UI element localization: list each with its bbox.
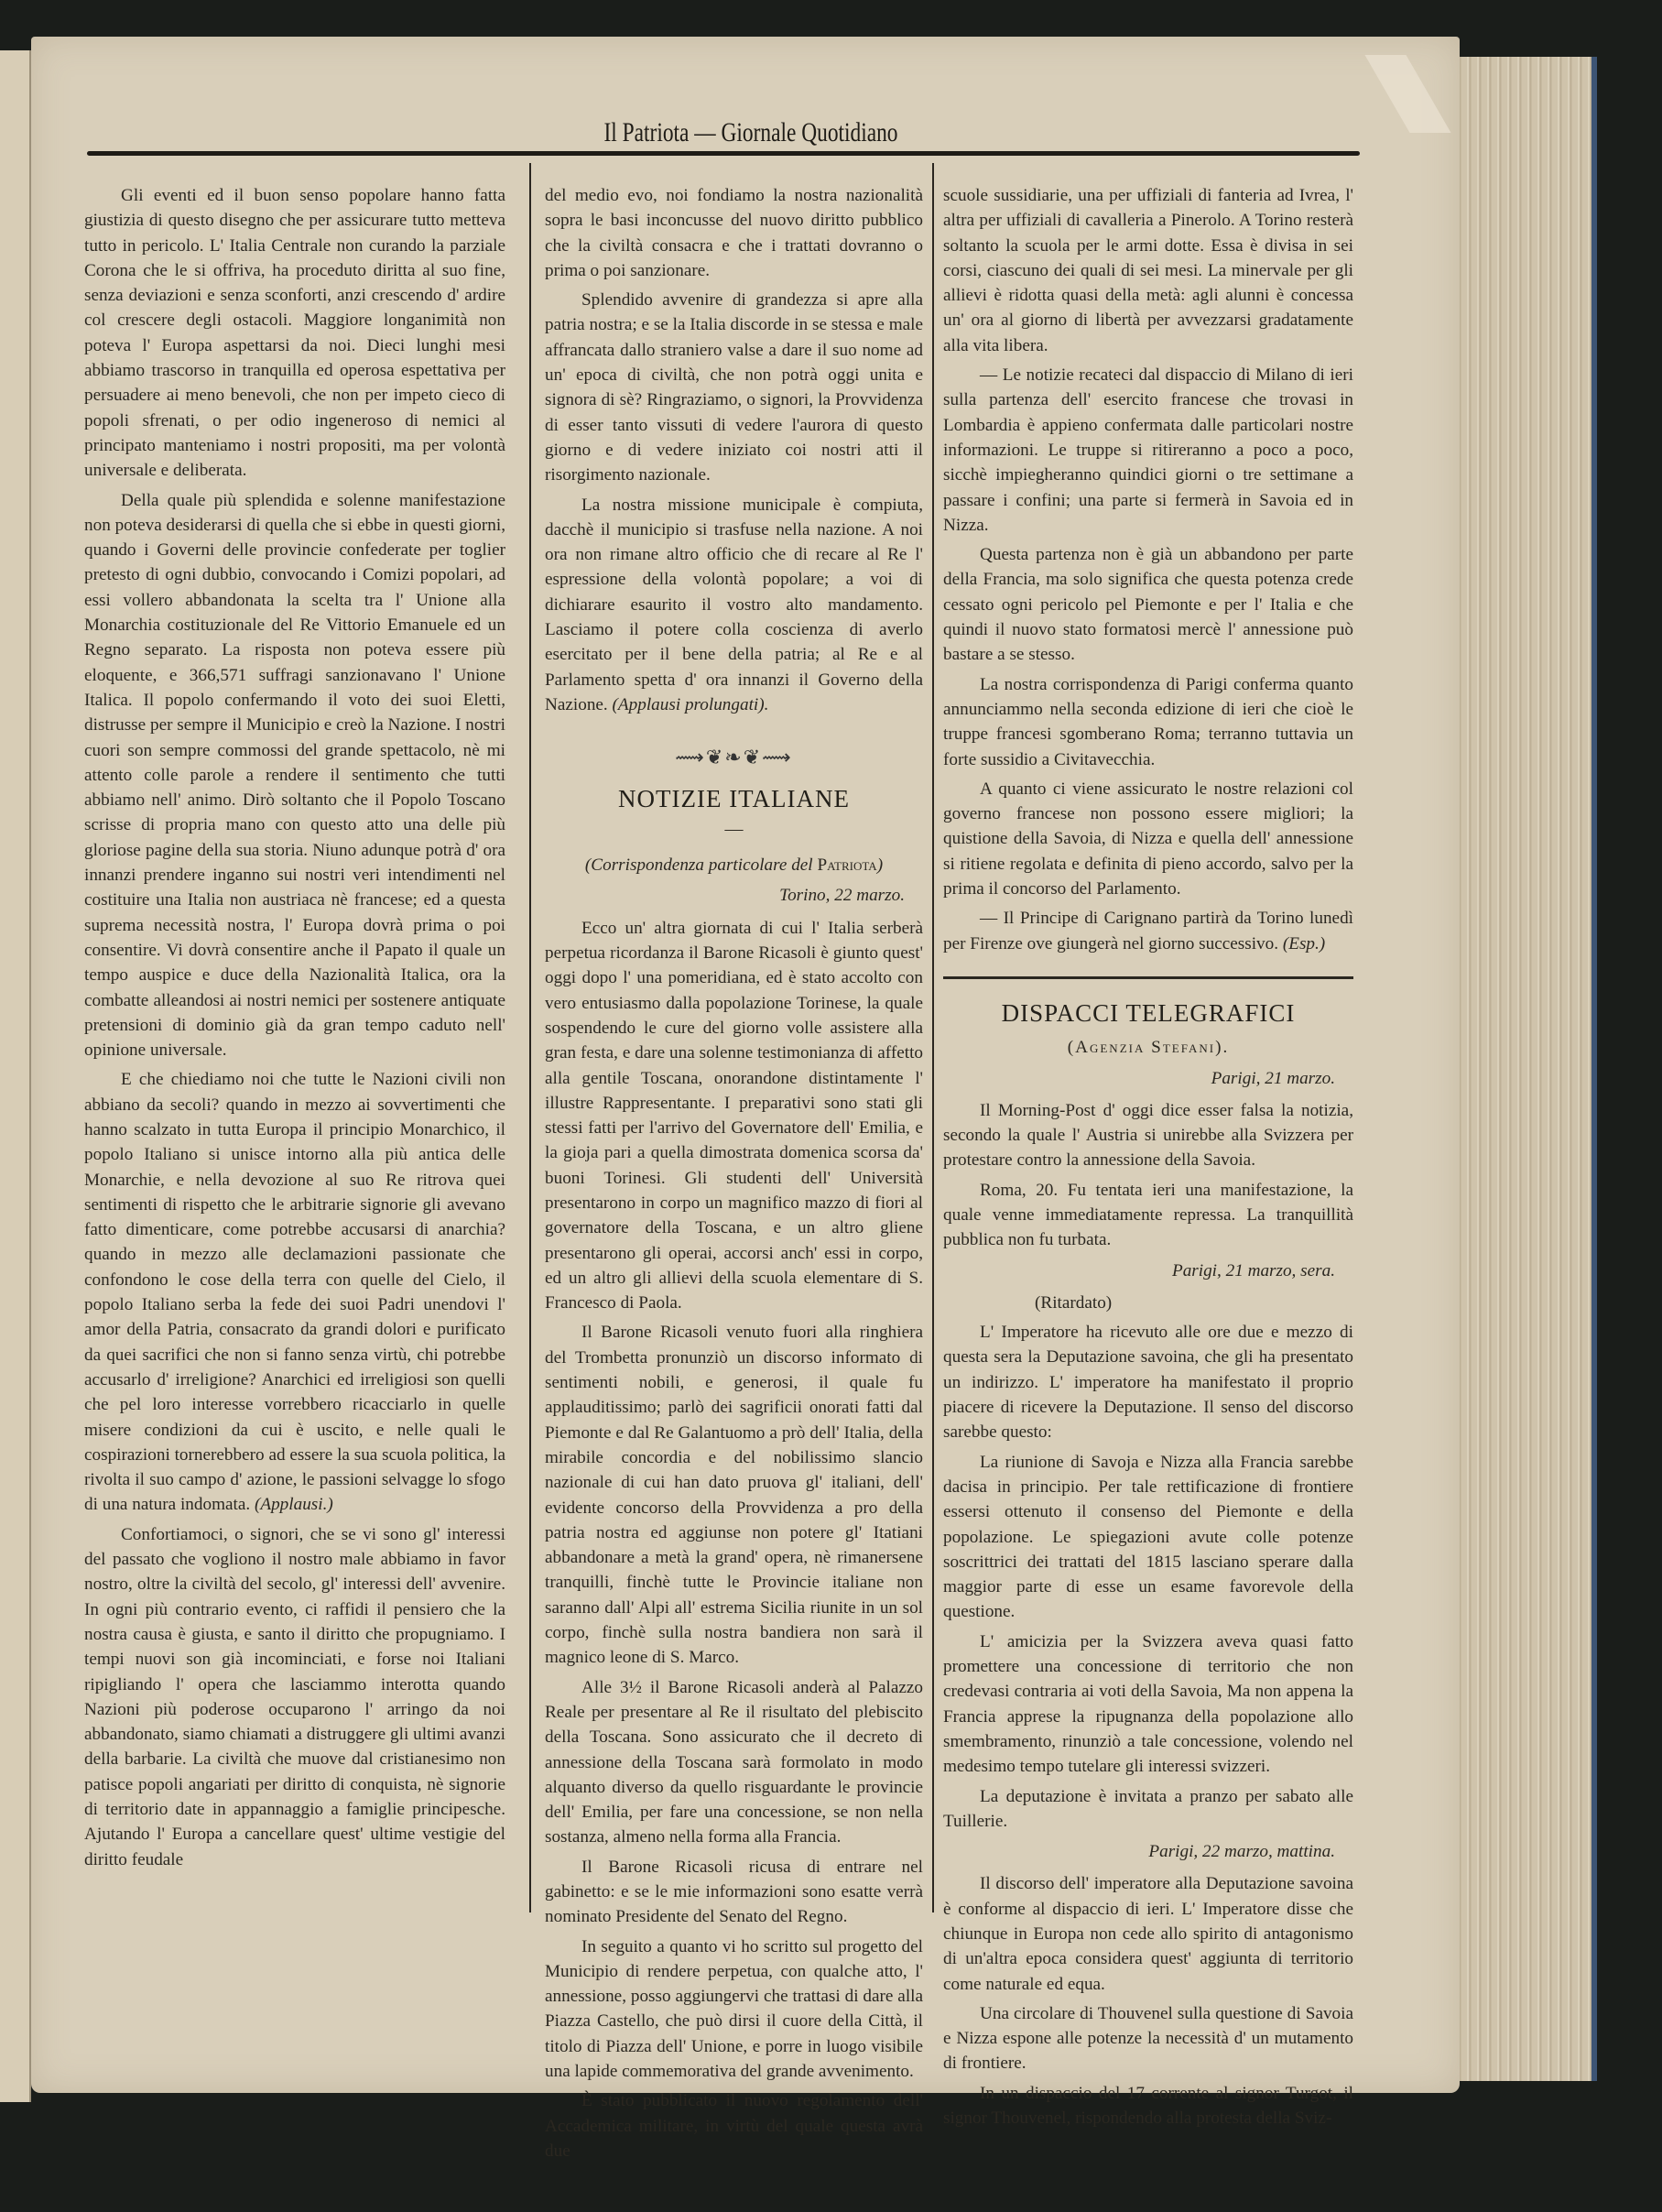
dateline: Parigi, 21 marzo, sera. — [943, 1259, 1335, 1283]
delayed-note: (Ritardato) — [943, 1291, 1353, 1315]
paragraph: Confortiamoci, o signori, che se vi sono… — [84, 1522, 505, 1872]
source-note: (Esp.) — [1283, 934, 1325, 953]
section-rule — [943, 976, 1353, 979]
paragraph: Splendido avvenire di grandezza si apre … — [545, 288, 923, 487]
paragraph: Il Barone Ricasoli venuto fuori alla rin… — [545, 1320, 923, 1670]
paragraph: Alle 3½ il Barone Ricasoli anderà al Pal… — [545, 1675, 923, 1850]
paragraph: Roma, 20. Fu tentata ieri una manifestaz… — [943, 1178, 1353, 1253]
paragraph: La nostra corrispondenza di Parigi confe… — [943, 672, 1353, 772]
header-rule — [87, 151, 1360, 156]
paragraph: Questa partenza non è già un abbandono p… — [943, 542, 1353, 667]
paragraph: La nostra missione municipale è compiuta… — [545, 493, 923, 718]
paragraph: scuole sussidiarie, una per uffiziali di… — [943, 183, 1353, 358]
column-divider-2 — [932, 163, 934, 1912]
paragraph: Il discorso dell' imperatore alla Deputa… — [943, 1871, 1353, 1996]
column-1: Gli eventi ed il buon senso popolare han… — [84, 183, 505, 1877]
paragraph: Il Barone Ricasoli ricusa di entrare nel… — [545, 1855, 923, 1930]
paragraph: La riunione di Savoja e Nizza alla Franc… — [943, 1450, 1353, 1625]
paragraph: Ecco un' altra giornata di cui l' Italia… — [545, 916, 923, 1316]
paragraph: La deputazione è invitata a pranzo per s… — [943, 1784, 1353, 1835]
paragraph: — Il Principe di Carignano partirà da To… — [943, 906, 1353, 956]
paragraph: In seguito a quanto vi ho scritto sul pr… — [545, 1934, 923, 2085]
paragraph: L' amicizia per la Svizzera aveva quasi … — [943, 1629, 1353, 1780]
paragraph: Gli eventi ed il buon senso popolare han… — [84, 183, 505, 484]
running-header: Il Patriota — Giornale Quotidiano — [565, 117, 937, 148]
ornament-divider: ⟿❦❧❦⟿ — [545, 745, 923, 769]
paragraph: — Le notizie recateci dal dispaccio di M… — [943, 363, 1353, 538]
dateline: Torino, 22 marzo. — [545, 883, 905, 908]
title-dash: — — [545, 817, 923, 842]
paragraph: E che chiediamo noi che tutte le Nazioni… — [84, 1067, 505, 1517]
dateline: Parigi, 22 marzo, mattina. — [943, 1839, 1335, 1864]
paragraph: Il Morning-Post d' oggi dice esser falsa… — [943, 1098, 1353, 1173]
column-3: scuole sussidiarie, una per uffiziali di… — [943, 183, 1353, 2135]
facing-page-edge — [0, 50, 31, 2102]
section-title-notizie-italiane: NOTIZIE ITALIANE — [545, 787, 923, 812]
paragraph: L' Imperatore ha ricevuto alle ore due e… — [943, 1320, 1353, 1444]
paragraph: A quanto ci viene assicurato le nostre r… — [943, 777, 1353, 901]
correspondence-byline: (Corrispondenza particolare del Patriota… — [545, 853, 923, 877]
applause-note: (Applausi prolungati). — [613, 695, 769, 714]
paragraph: Della quale più splendida e solenne mani… — [84, 488, 505, 1063]
column-2: del medio evo, noi fondiamo la nostra na… — [545, 183, 923, 2168]
agency-byline: (Agenzia Stefani). — [943, 1035, 1353, 1060]
paragraph: È stato pubblicato il nuovo regolamento … — [545, 2088, 923, 2163]
dateline: Parigi, 21 marzo. — [943, 1066, 1335, 1091]
column-divider-1 — [529, 163, 531, 1912]
paragraph: In un dispaccio del 17 corrente al signo… — [943, 2081, 1353, 2131]
section-title-dispacci-telegrafici: DISPACCI TELEGRAFICI — [943, 1001, 1353, 1026]
paragraph: Una circolare di Thouvenel sulla questio… — [943, 2001, 1353, 2076]
applause-note: (Applausi.) — [255, 1495, 333, 1514]
paragraph: del medio evo, noi fondiamo la nostra na… — [545, 183, 923, 283]
